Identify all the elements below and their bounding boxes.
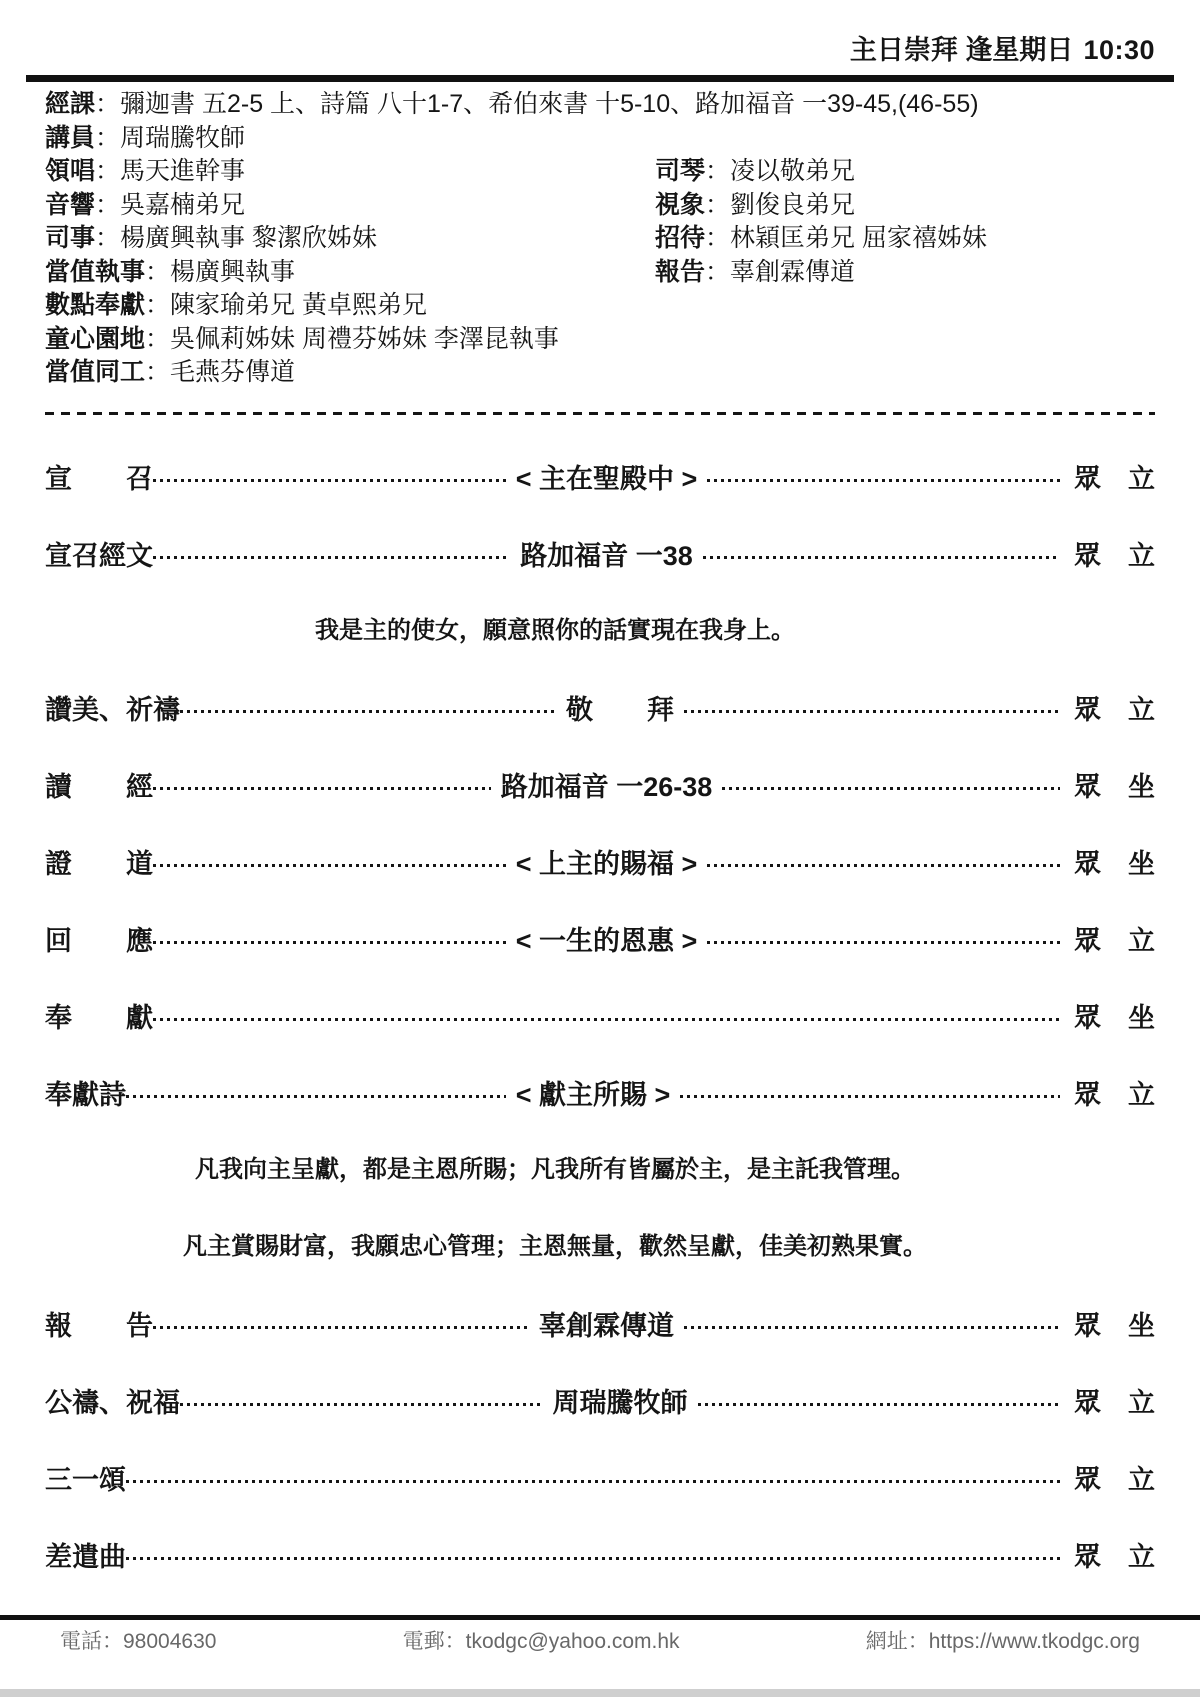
colon: ：: [705, 157, 730, 185]
dot-leader: [153, 1326, 529, 1329]
congregation-posture: 眾 立: [1074, 534, 1155, 573]
dot-leader: [684, 710, 1060, 713]
info-field: 當值執事：楊廣興執事: [45, 256, 655, 290]
service-item-detail: 周瑞騰牧師: [543, 1381, 698, 1420]
dot-leader: [707, 941, 1060, 944]
info-row: 數點奉獻：陳家瑜弟兄 黃卓熙弟兄: [45, 289, 1155, 323]
info-field: 當值同工：毛燕芬傳道: [45, 356, 295, 390]
info-value: 劉俊良弟兄: [730, 191, 855, 219]
service-item-row: 三一頌 眾 立: [45, 1461, 1155, 1495]
dot-leader: [180, 1403, 543, 1406]
info-row: 當值執事：楊廣興執事 報告：辜創霖傳道: [45, 256, 1155, 290]
phone-number: 98004630: [123, 1630, 216, 1653]
info-label: 司事: [45, 224, 95, 252]
service-item-row: 宣召 < 主在聖殿中 > 眾 立: [45, 460, 1155, 494]
phone-label: 電話: [60, 1630, 102, 1653]
info-field: 童心園地：吳佩莉姊妹 周禮芬姊妹 李澤昆執事: [45, 323, 559, 357]
service-item-label: 公禱、祝福: [45, 1381, 180, 1420]
info-value: 凌以敬弟兄: [730, 157, 855, 185]
info-label: 經課: [45, 90, 95, 118]
colon: ：: [102, 1630, 123, 1653]
service-item-row: 讚美、祈禱 敬 拜 眾 立: [45, 691, 1155, 725]
info-label: 數點奉獻: [45, 291, 145, 319]
info-label: 領唱: [45, 157, 95, 185]
congregation-posture: 眾 立: [1074, 1073, 1155, 1112]
page-bottom-edge: [0, 1689, 1200, 1697]
colon: ：: [705, 258, 730, 286]
service-item-detail: 路加福音 一38: [510, 534, 703, 573]
dot-leader: [126, 1095, 506, 1098]
service-item-row: 宣召經文 路加福音 一38 眾 立: [45, 537, 1155, 571]
info-row: 當值同工：毛燕芬傳道: [45, 356, 1155, 390]
email-label: 電郵: [403, 1630, 445, 1653]
dot-leader: [153, 479, 506, 482]
info-value: 馬天進幹事: [120, 157, 245, 185]
info-field: 視象：劉俊良弟兄: [655, 189, 855, 223]
info-value: 楊廣興執事: [170, 258, 295, 286]
website-label: 網址: [866, 1630, 908, 1653]
service-item-label: 奉獻詩: [45, 1073, 126, 1112]
footer-phone: 電話：98004630: [60, 1629, 216, 1655]
dot-leader: [153, 787, 491, 790]
info-field: 音響：吳嘉楠弟兄: [45, 189, 655, 223]
dot-leader: [684, 1326, 1060, 1329]
info-label: 當值同工: [45, 358, 145, 386]
footer-website: 網址：https://www.tkodgc.org: [866, 1629, 1140, 1655]
dot-leader: [707, 864, 1060, 867]
bulletin-page: 主日崇拜 逢星期日10:30 經課：彌迦書 五2-5 上、詩篇 八十1-7、希伯…: [0, 0, 1200, 1697]
info-field: 招待：林穎匡弟兄 屈家禧姊妹: [655, 222, 987, 256]
info-row: 經課：彌迦書 五2-5 上、詩篇 八十1-7、希伯來書 十5-10、路加福音 一…: [45, 88, 1155, 122]
info-label: 視象: [655, 191, 705, 219]
info-field: 司琴：凌以敬弟兄: [655, 155, 855, 189]
colon: ：: [145, 258, 170, 286]
info-field: 經課：彌迦書 五2-5 上、詩篇 八十1-7、希伯來書 十5-10、路加福音 一…: [45, 88, 979, 122]
colon: ：: [145, 325, 170, 353]
service-item-detail: 辜創霖傳道: [529, 1304, 684, 1343]
colon: ：: [145, 291, 170, 319]
scripture-quote: 我是主的使女，願意照你的話實現在我身上。: [45, 614, 1155, 648]
service-item-label: 三一頌: [45, 1458, 126, 1497]
service-item-detail: < 一生的恩惠 >: [506, 919, 708, 958]
dot-leader: [707, 479, 1060, 482]
colon: ：: [445, 1630, 466, 1653]
info-field: 報告：辜創霖傳道: [655, 256, 855, 290]
colon: ：: [908, 1630, 929, 1653]
dot-leader: [722, 787, 1060, 790]
info-label: 音響: [45, 191, 95, 219]
congregation-posture: 眾 立: [1074, 457, 1155, 496]
info-label: 招待: [655, 224, 705, 252]
congregation-posture: 眾 立: [1074, 688, 1155, 727]
website-url: https://www.tkodgc.org: [929, 1630, 1140, 1653]
service-item-row: 報告 辜創霖傳道 眾 坐: [45, 1307, 1155, 1341]
info-value: 周瑞騰牧師: [120, 124, 245, 152]
dot-leader: [153, 941, 506, 944]
colon: ：: [145, 358, 170, 386]
colon: ：: [705, 224, 730, 252]
header-rule: [26, 75, 1174, 82]
service-item-detail: 敬 拜: [556, 688, 684, 727]
service-item-row: 差遣曲 眾 立: [45, 1538, 1155, 1572]
congregation-posture: 眾 立: [1074, 1535, 1155, 1574]
congregation-posture: 眾 立: [1074, 919, 1155, 958]
service-item-row: 奉獻詩 < 獻主所賜 > 眾 立: [45, 1076, 1155, 1110]
service-item-label: 宣召: [45, 457, 153, 496]
info-field: 司事：楊廣興執事 黎潔欣姊妹: [45, 222, 655, 256]
service-item-detail: < 上主的賜福 >: [506, 842, 708, 881]
info-field: 領唱：馬天進幹事: [45, 155, 655, 189]
info-label: 當值執事: [45, 258, 145, 286]
service-item-label: 宣召經文: [45, 534, 153, 573]
service-item-label: 回應: [45, 919, 153, 958]
dot-leader: [153, 864, 506, 867]
info-row: 音響：吳嘉楠弟兄 視象：劉俊良弟兄: [45, 189, 1155, 223]
info-field: 講員：周瑞騰牧師: [45, 122, 245, 156]
colon: ：: [95, 224, 120, 252]
service-item-label: 差遣曲: [45, 1535, 126, 1574]
footer: 電話：98004630 電郵：tkodgc@yahoo.com.hk 網址：ht…: [0, 1620, 1200, 1655]
service-item-detail: < 主在聖殿中 >: [506, 457, 708, 496]
info-value: 辜創霖傳道: [730, 258, 855, 286]
duty-roster: 經課：彌迦書 五2-5 上、詩篇 八十1-7、希伯來書 十5-10、路加福音 一…: [0, 82, 1200, 390]
colon: ：: [95, 157, 120, 185]
dot-leader: [126, 1480, 1060, 1483]
info-label: 講員: [45, 124, 95, 152]
info-label: 報告: [655, 258, 705, 286]
service-item-label: 讀經: [45, 765, 153, 804]
info-value: 楊廣興執事 黎潔欣姊妹: [120, 224, 377, 252]
congregation-posture: 眾 坐: [1074, 996, 1155, 1035]
footer-email: 電郵：tkodgc@yahoo.com.hk: [403, 1629, 680, 1655]
service-item-label: 證道: [45, 842, 153, 881]
dot-leader: [153, 1018, 1060, 1021]
info-row: 童心園地：吳佩莉姊妹 周禮芬姊妹 李澤昆執事: [45, 323, 1155, 357]
info-row: 司事：楊廣興執事 黎潔欣姊妹 招待：林穎匡弟兄 屈家禧姊妹: [45, 222, 1155, 256]
congregation-posture: 眾 坐: [1074, 842, 1155, 881]
email-address: tkodgc@yahoo.com.hk: [466, 1630, 680, 1653]
service-item-detail: < 獻主所賜 >: [506, 1073, 681, 1112]
service-item-row: 回應 < 一生的恩惠 > 眾 立: [45, 922, 1155, 956]
service-item-detail: 路加福音 一26-38: [491, 765, 723, 804]
info-value: 吳嘉楠弟兄: [120, 191, 245, 219]
info-value: 林穎匡弟兄 屈家禧姊妹: [730, 224, 987, 252]
dot-leader: [153, 556, 510, 559]
info-label: 司琴: [655, 157, 705, 185]
info-field: 數點奉獻：陳家瑜弟兄 黃卓熙弟兄: [45, 289, 427, 323]
congregation-posture: 眾 立: [1074, 1381, 1155, 1420]
bulletin-header: 主日崇拜 逢星期日10:30: [0, 0, 1200, 66]
info-value: 吳佩莉姊妹 周禮芬姊妹 李澤昆執事: [170, 325, 559, 353]
service-item-row: 證道 < 上主的賜福 > 眾 坐: [45, 845, 1155, 879]
congregation-posture: 眾 坐: [1074, 765, 1155, 804]
info-value: 彌迦書 五2-5 上、詩篇 八十1-7、希伯來書 十5-10、路加福音 一39-…: [120, 90, 979, 118]
dot-leader: [180, 710, 556, 713]
colon: ：: [95, 90, 120, 118]
congregation-posture: 眾 立: [1074, 1458, 1155, 1497]
info-row: 講員：周瑞騰牧師: [45, 122, 1155, 156]
colon: ：: [95, 124, 120, 152]
info-value: 毛燕芬傳道: [170, 358, 295, 386]
service-item-label: 奉獻: [45, 996, 153, 1035]
info-row: 領唱：馬天進幹事 司琴：凌以敬弟兄: [45, 155, 1155, 189]
dot-leader: [703, 556, 1060, 559]
service-item-row: 奉獻 眾 坐: [45, 999, 1155, 1033]
dot-leader: [698, 1403, 1061, 1406]
dot-leader: [680, 1095, 1060, 1098]
offering-quote: 凡我向主呈獻，都是主恩所賜；凡我所有皆屬於主，是主託我管理。: [45, 1153, 1155, 1187]
order-of-service: 宣召 < 主在聖殿中 > 眾 立 宣召經文 路加福音 一38 眾 立 我是主的使…: [0, 415, 1200, 1572]
offering-quote: 凡主賞賜財富，我願忠心管理；主恩無量，歡然呈獻，佳美初熟果實。: [45, 1230, 1155, 1264]
colon: ：: [705, 191, 730, 219]
congregation-posture: 眾 坐: [1074, 1304, 1155, 1343]
dot-leader: [126, 1557, 1060, 1560]
info-value: 陳家瑜弟兄 黃卓熙弟兄: [170, 291, 427, 319]
service-item-label: 讚美、祈禱: [45, 688, 180, 727]
colon: ：: [95, 191, 120, 219]
service-item-row: 讀經 路加福音 一26-38 眾 坐: [45, 768, 1155, 802]
service-title: 主日崇拜 逢星期日: [850, 35, 1074, 65]
service-item-label: 報告: [45, 1304, 153, 1343]
info-label: 童心園地: [45, 325, 145, 353]
service-time: 10:30: [1083, 35, 1155, 65]
service-item-row: 公禱、祝福 周瑞騰牧師 眾 立: [45, 1384, 1155, 1418]
